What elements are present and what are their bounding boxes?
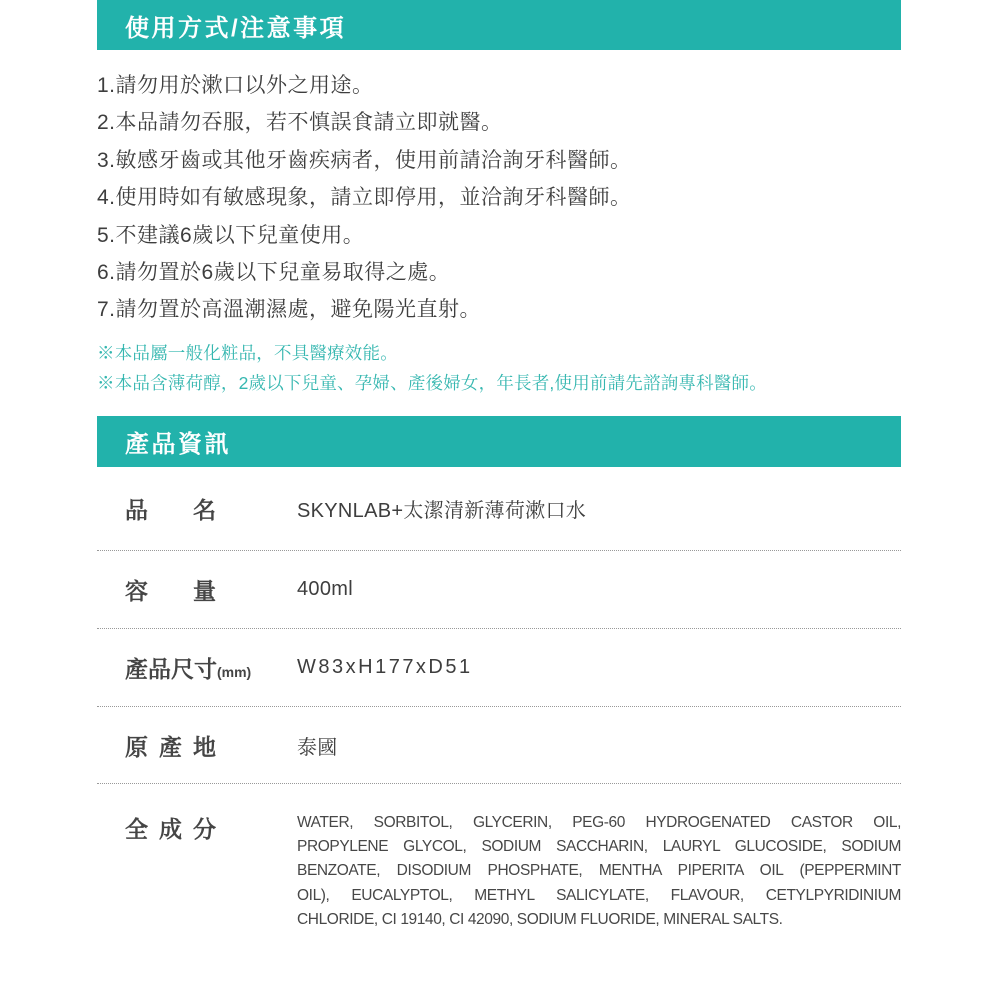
dimensions-unit-label: (mm) <box>217 664 251 680</box>
usage-item-4: 4.使用時如有敏感現象，請立即停用，並洽詢牙科醫師。 <box>97 179 907 216</box>
ingredients-line: CHLORIDE, CI 19140, CI 42090, SODIUM FLU… <box>297 908 901 932</box>
ingredients-label: 全成分 <box>97 811 297 844</box>
usage-item-2: 2.本品請勿吞服，若不慎誤食請立即就醫。 <box>97 104 907 141</box>
product-name-value: SKYNLAB+太潔清新薄荷漱口水 <box>297 494 901 523</box>
volume-label: 容量 <box>97 573 297 606</box>
usage-instruction-list: 1.請勿用於漱口以外之用途。 2.本品請勿吞服，若不慎誤食請立即就醫。 3.敏感… <box>97 67 907 329</box>
ingredients-line: PROPYLENE GLYCOL, SODIUM SACCHARIN, LAUR… <box>297 835 901 859</box>
dimensions-value: W83xH177xD51 <box>297 656 901 679</box>
table-row-product-name: 品名 SKYNLAB+太潔清新薄荷漱口水 <box>97 467 901 551</box>
volume-value: 400ml <box>297 578 901 601</box>
ingredients-value: WATER, SORBITOL, GLYCERIN, PEG-60 HYDROG… <box>297 811 901 932</box>
footnote-cosmetic: ※本品屬一般化粧品，不具醫療效能。 <box>97 338 912 368</box>
dimensions-label: 產品尺寸(mm) <box>97 651 297 684</box>
usage-footnotes: ※本品屬一般化粧品，不具醫療效能。 ※本品含薄荷醇，2歲以下兒童、孕婦、產後婦女… <box>97 338 912 398</box>
ingredients-line: OIL), EUCALYPTOL, METHYL SALICYLATE, FLA… <box>297 884 901 908</box>
ingredients-line: BENZOATE, DISODIUM PHOSPHATE, MENTHA PIP… <box>297 859 901 883</box>
product-info-page: 使用方式/注意事項 1.請勿用於漱口以外之用途。 2.本品請勿吞服，若不慎誤食請… <box>0 0 1000 986</box>
usage-item-6: 6.請勿置於6歲以下兒童易取得之處。 <box>97 254 907 291</box>
product-info-table: 品名 SKYNLAB+太潔清新薄荷漱口水 容量 400ml 產品尺寸(mm) W… <box>97 467 901 932</box>
footnote-menthol: ※本品含薄荷醇，2歲以下兒童、孕婦、產後婦女，年長者,使用前請先諮詢專科醫師。 <box>97 368 912 398</box>
product-name-label: 品名 <box>97 492 297 525</box>
usage-item-5: 5.不建議6歲以下兒童使用。 <box>97 217 907 254</box>
table-row-dimensions: 產品尺寸(mm) W83xH177xD51 <box>97 629 901 707</box>
origin-label: 原產地 <box>97 729 297 762</box>
table-row-origin: 原產地 泰國 <box>97 707 901 784</box>
origin-value: 泰國 <box>297 731 901 760</box>
usage-item-1: 1.請勿用於漱口以外之用途。 <box>97 67 907 104</box>
product-section-banner: 產品資訊 <box>97 416 901 467</box>
ingredients-line: WATER, SORBITOL, GLYCERIN, PEG-60 HYDROG… <box>297 811 901 835</box>
usage-section-banner: 使用方式/注意事項 <box>97 0 901 50</box>
usage-item-3: 3.敏感牙齒或其他牙齒疾病者，使用前請洽詢牙科醫師。 <box>97 142 907 179</box>
usage-section-title: 使用方式/注意事項 <box>97 8 346 43</box>
table-row-ingredients: 全成分 WATER, SORBITOL, GLYCERIN, PEG-60 HY… <box>97 784 901 932</box>
usage-item-7: 7.請勿置於高溫潮濕處，避免陽光直射。 <box>97 291 907 328</box>
table-row-volume: 容量 400ml <box>97 551 901 629</box>
product-section-title: 產品資訊 <box>97 424 231 459</box>
